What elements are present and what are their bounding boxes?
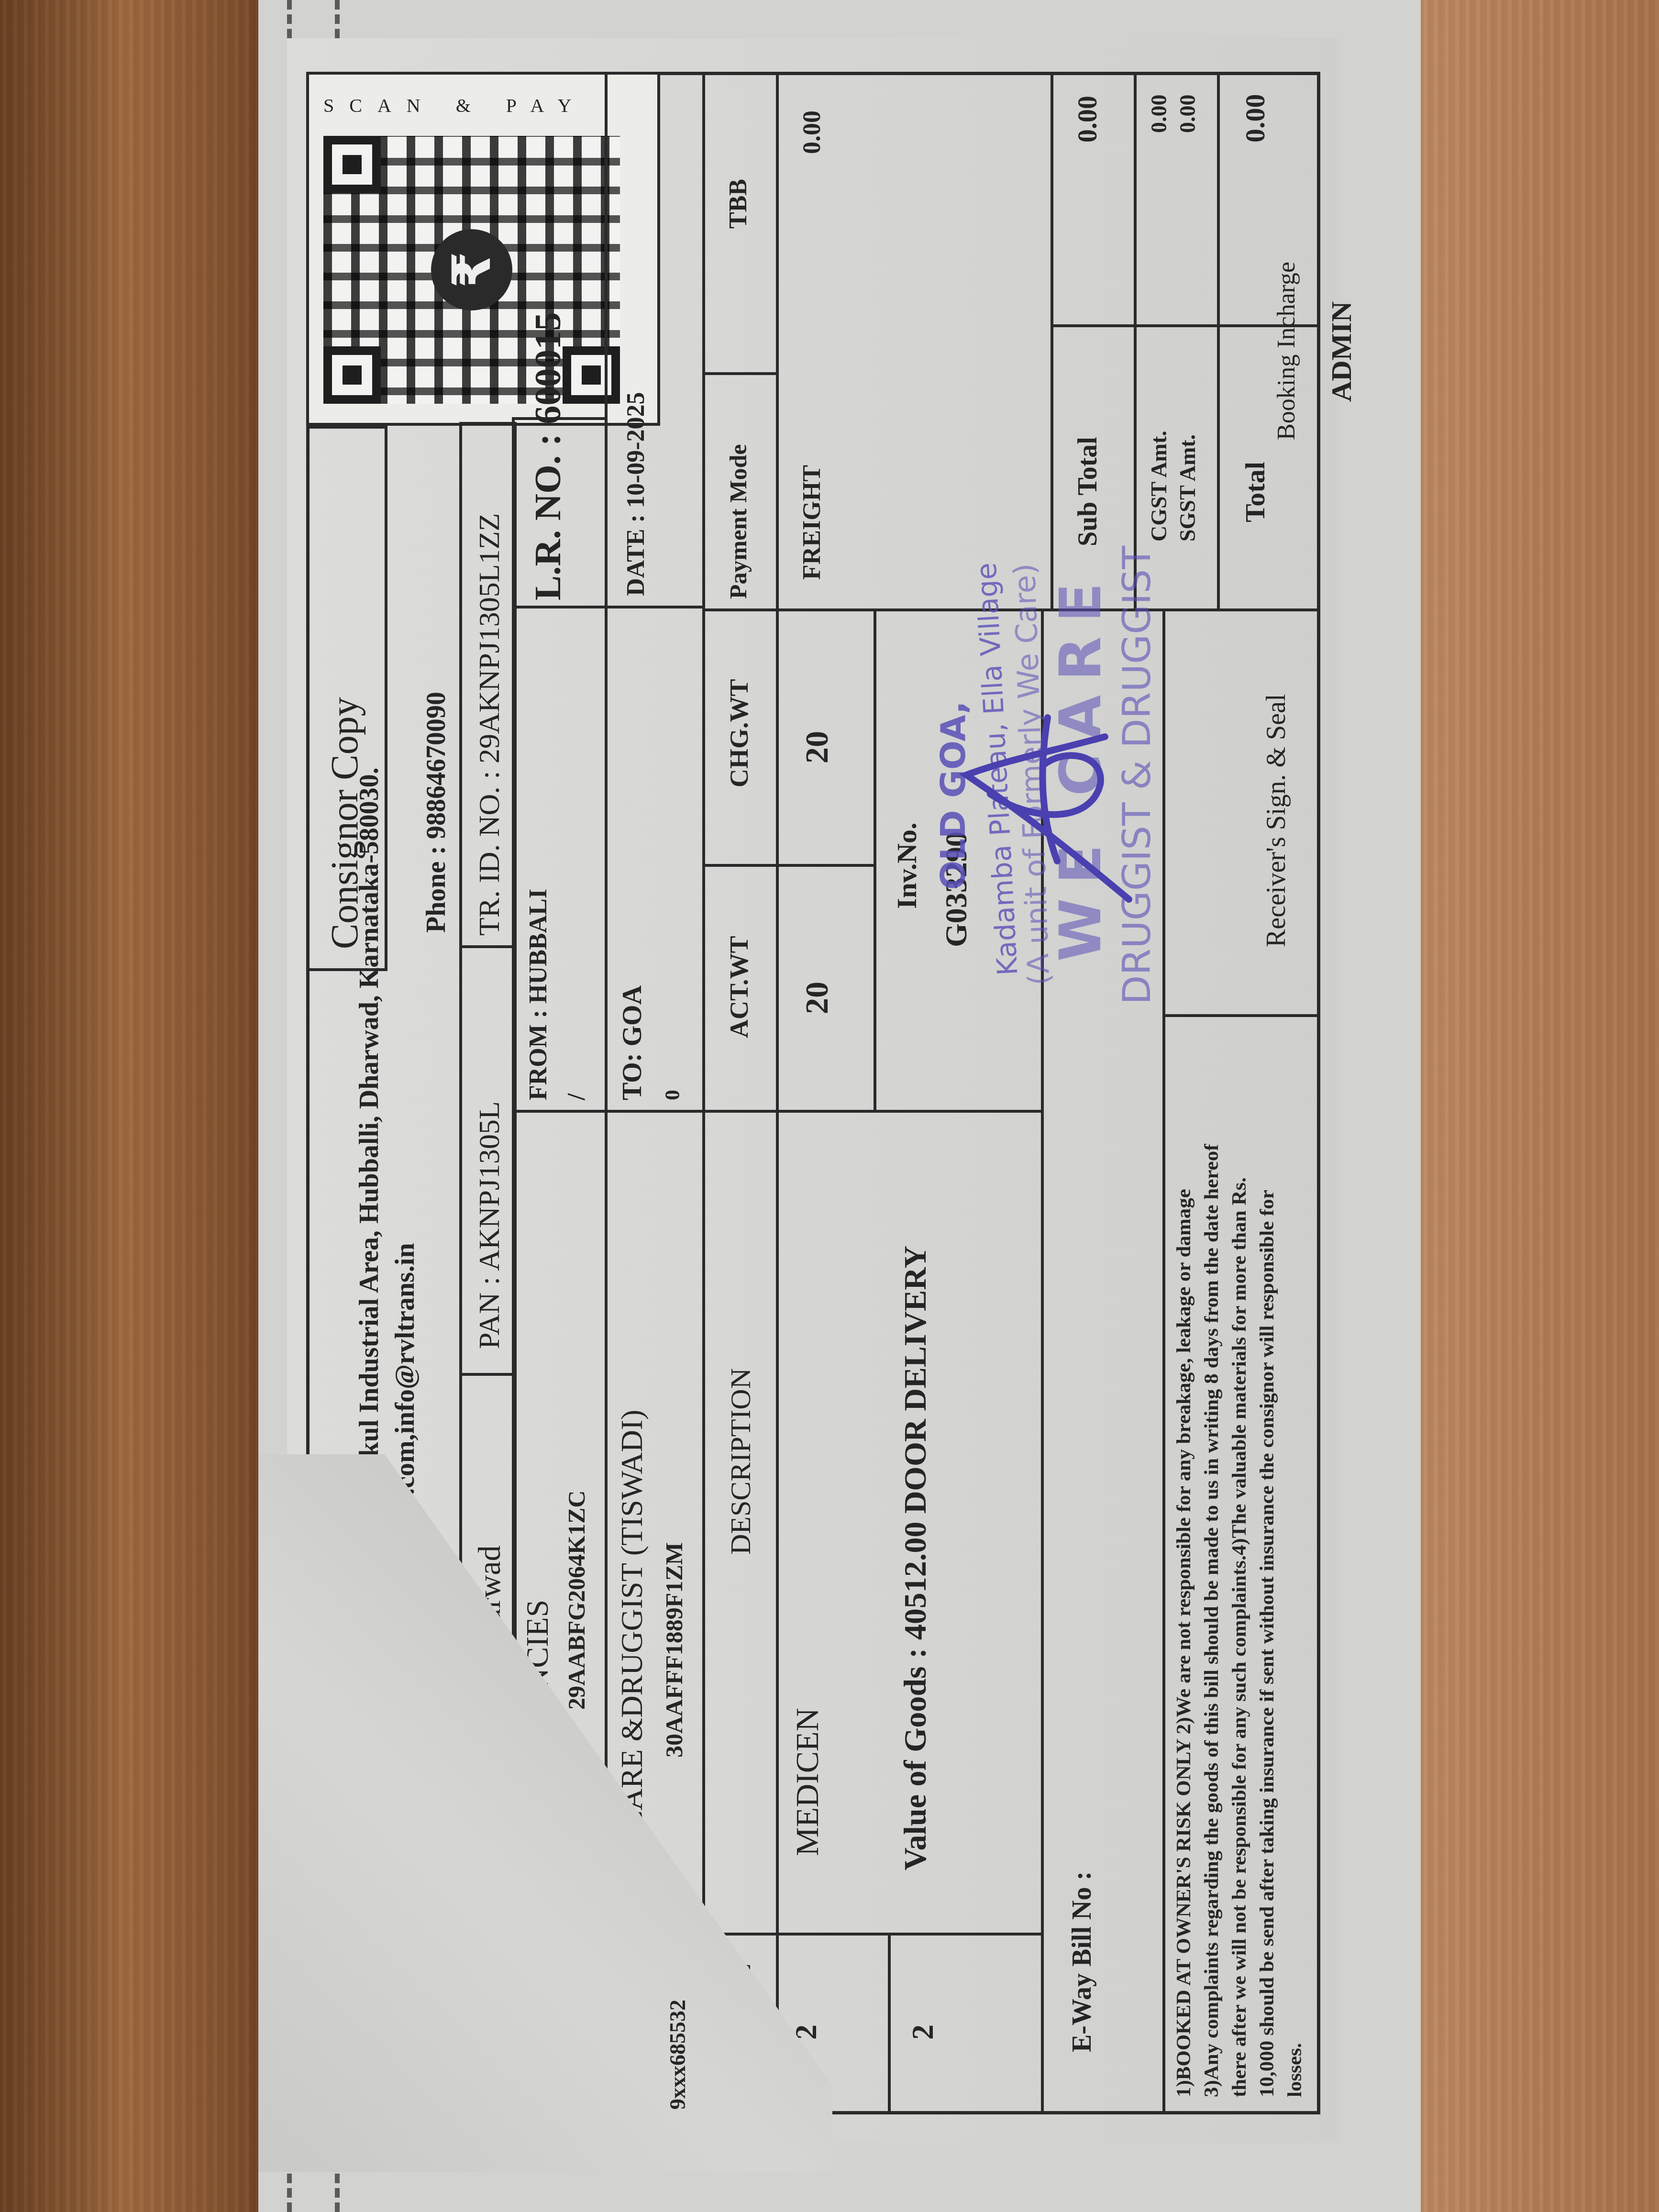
- to-city: TO: GOA: [617, 985, 648, 1100]
- sub-total-value: 0.00: [1073, 96, 1103, 143]
- qr-finder-icon: [323, 346, 381, 404]
- payment-mode-label: Payment Mode: [724, 444, 752, 599]
- rupee-logo-icon: ₹: [431, 229, 512, 310]
- sub-total-label: Sub Total: [1073, 437, 1103, 546]
- total-label: Total: [1239, 462, 1271, 522]
- date-cell: DATE : 10-09-2025: [605, 72, 705, 608]
- total-value-cell: 0.00: [1217, 72, 1320, 327]
- terms-box: 1)BOOKED AT OWNER'S RISK ONLY 2)We are n…: [1162, 1014, 1320, 2114]
- chg-wt-cell: 20: [776, 608, 876, 867]
- act-wt-header-cell: ACT.WT: [702, 864, 779, 1113]
- invoice-label: Inv.No.: [891, 822, 923, 909]
- qr-caption: SCAN & PAY: [323, 94, 587, 117]
- terms-line: losses.: [1281, 1144, 1309, 2097]
- total-articles: 2: [905, 2024, 940, 2040]
- payment-mode-header-cell: Payment Mode: [702, 372, 779, 611]
- tr-id-value: TR. ID. NO. : 29AKNPJ1305L1ZZ: [473, 513, 507, 936]
- description-header: DESCRIPTION: [724, 1368, 757, 1555]
- copy-label-box: Consignor Copy: [306, 426, 387, 971]
- act-wt-header: ACT.WT: [724, 936, 754, 1038]
- sgst-value: 0.00: [1175, 95, 1200, 133]
- freight-label: FREIGHT: [798, 465, 826, 580]
- qr-finder-icon: [323, 136, 381, 193]
- goods-description: MEDICEN: [788, 1708, 826, 1856]
- tr-id-cell: TR. ID. NO. : 29AKNPJ1305L1ZZ: [459, 422, 517, 948]
- sub-total-value-cell: 0.00: [1051, 72, 1137, 327]
- act-wt-cell: 20: [776, 864, 876, 1113]
- freight-value: 0.00: [798, 111, 826, 154]
- terms-line: there after we will not be responsible f…: [1226, 1144, 1253, 2097]
- description-header-cell: DESCRIPTION: [702, 1110, 779, 1935]
- consignee-phone: 9xxx685532: [665, 2000, 690, 2110]
- payment-qr-code[interactable]: ₹: [323, 136, 620, 404]
- terms-line: 10,000 should be send after taking insur…: [1253, 1144, 1281, 2097]
- consignee-gstin: 30AAFFF1889F1ZM: [660, 1542, 688, 1758]
- copy-label: Consignor Copy: [323, 697, 367, 949]
- sgst-label: SGST Amt.: [1175, 434, 1200, 542]
- pan-value: PAN : AKNPJ1305L: [473, 1101, 507, 1349]
- receiver-sign-label: Receiver's Sign. & Seal: [1261, 694, 1292, 947]
- from-sub: /: [563, 1094, 591, 1100]
- footer-divider: [1317, 72, 1320, 611]
- signature-mark: [947, 679, 1148, 918]
- cgst-label: CGST Amt.: [1146, 431, 1172, 542]
- chg-wt-header-cell: CHG.WT: [702, 608, 779, 867]
- total-articles-cell: 2: [888, 1933, 1044, 2114]
- total-value: 0.00: [1239, 94, 1271, 143]
- total-label-cell: Total: [1217, 324, 1320, 611]
- from-city: FROM : HUBBALI: [524, 889, 553, 1100]
- consignor-gstin: 29AABFG2064K1ZC: [563, 1491, 590, 1710]
- from-cell: FROM : HUBBALI /: [512, 606, 608, 1113]
- lr-number: L.R. NO. : 600015: [526, 312, 569, 600]
- chg-wt-value: 20: [798, 731, 836, 763]
- act-wt-value: 20: [798, 982, 836, 1014]
- terms-line: 3)Any complaints regarding the goods of …: [1198, 1144, 1226, 2097]
- payment-mode-value-cell: TBB: [702, 72, 779, 375]
- eway-bill-label: E-Way Bill No :: [1067, 1871, 1097, 2052]
- value-of-goods: Value of Goods : 40512.00 DOOR DELIVERY: [897, 1246, 934, 1870]
- lorry-receipt: CE Booking Office: 50, 2nd Gate, 8th Cro…: [287, 38, 1339, 2143]
- pan-cell: PAN : AKNPJ1305L: [459, 945, 517, 1376]
- freight-cell: FREIGHT 0.00: [776, 72, 1053, 611]
- cgst-value: 0.00: [1146, 95, 1172, 133]
- gst-value-cell: 0.00 0.00: [1134, 72, 1220, 327]
- terms-line: 1)BOOKED AT OWNER'S RISK ONLY 2)We are n…: [1170, 1144, 1198, 2097]
- chg-wt-header: CHG.WT: [724, 679, 754, 787]
- value-of-goods-cell: Value of Goods : 40512.00 DOOR DELIVERY: [888, 1110, 1044, 1935]
- receiver-sign-box: Receiver's Sign. & Seal: [1162, 608, 1320, 1017]
- payment-mode-value: TBB: [724, 179, 752, 229]
- lr-date: DATE : 10-09-2025: [622, 392, 650, 596]
- to-sub: 0: [660, 1090, 685, 1100]
- office-phone: Phone : 98864670090: [421, 692, 452, 933]
- to-cell: TO: GOA 0: [605, 606, 705, 1113]
